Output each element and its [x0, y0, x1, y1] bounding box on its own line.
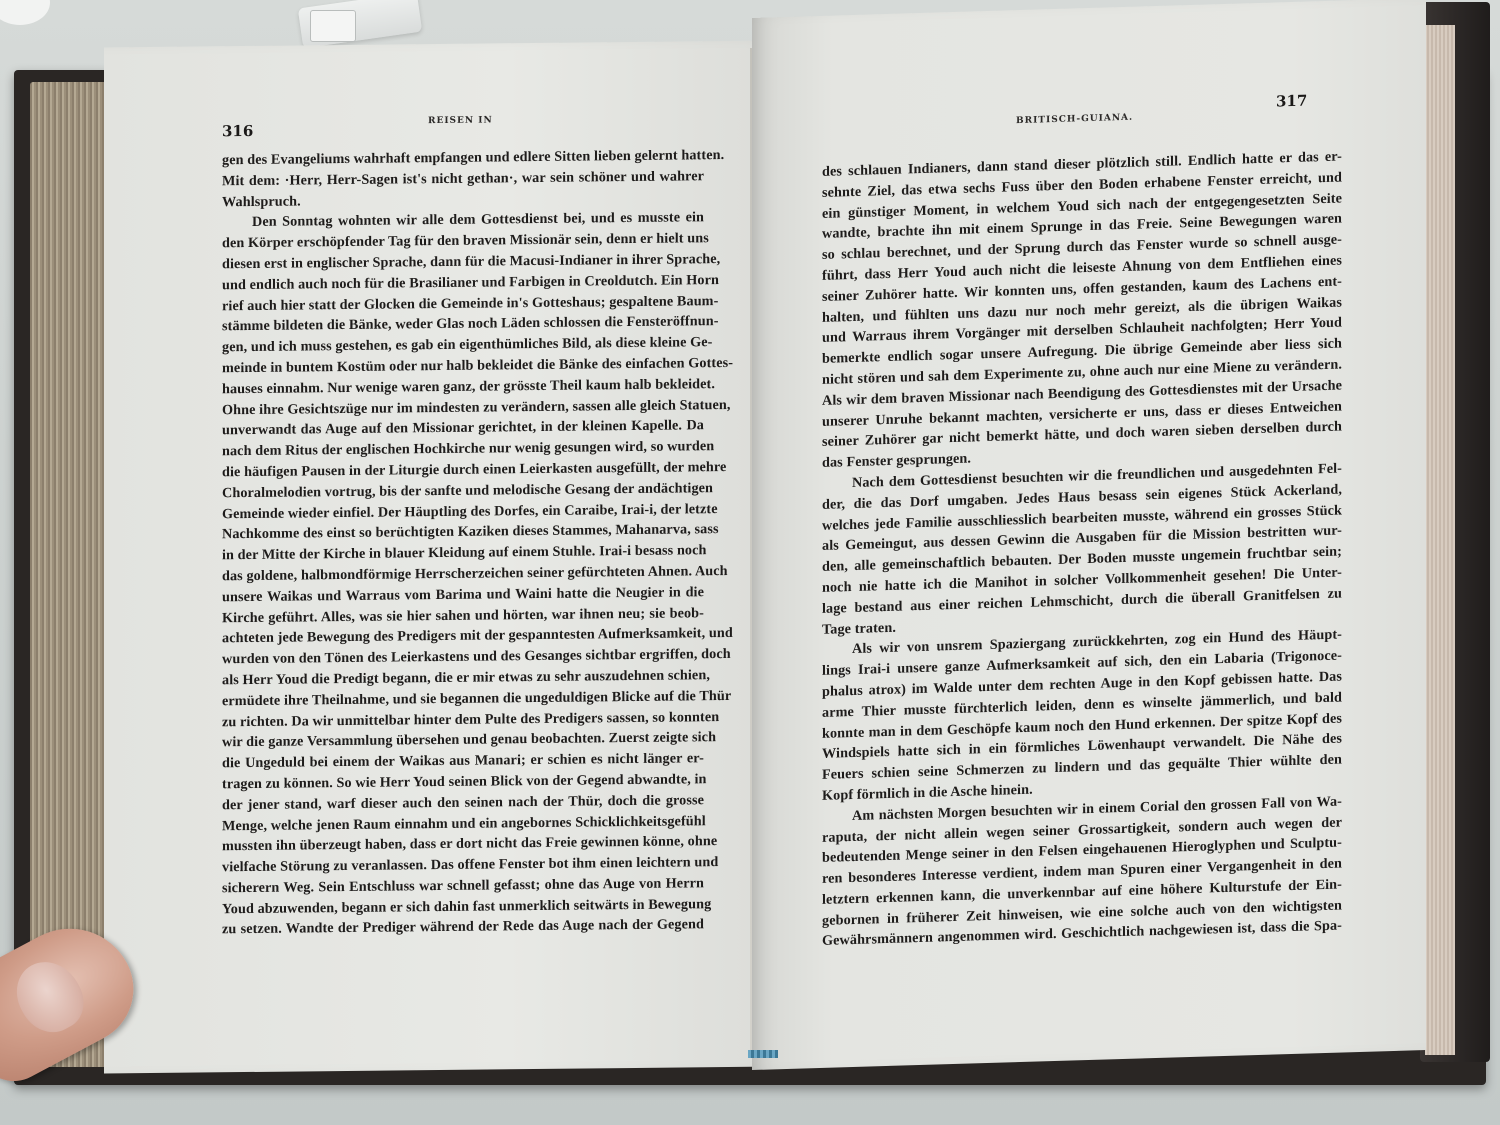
thumbnail — [5, 950, 94, 1043]
left-page: 316 REISEN IN gen des Evangeliums wahrha… — [104, 40, 776, 1073]
text-line: zu setzen. Wandte der Prediger während d… — [222, 915, 704, 941]
body-text: gen des Evangeliums wahrhaft empfangen u… — [222, 145, 704, 940]
page-number: 316 — [222, 122, 253, 140]
headband-ribbon — [748, 1050, 778, 1058]
usb-plug — [310, 10, 356, 42]
page-number: 317 — [1276, 92, 1307, 111]
running-head: REISEN IN — [428, 115, 493, 126]
body-text: des schlauen Indianers, dann stand diese… — [822, 146, 1342, 952]
page-edges-left — [30, 82, 110, 1067]
running-head: BRITISCH-GUIANA. — [1016, 113, 1133, 126]
page-edges-right — [1425, 25, 1455, 1055]
right-page: 317 BRITISCH-GUIANA. des schlauen Indian… — [752, 0, 1426, 1070]
